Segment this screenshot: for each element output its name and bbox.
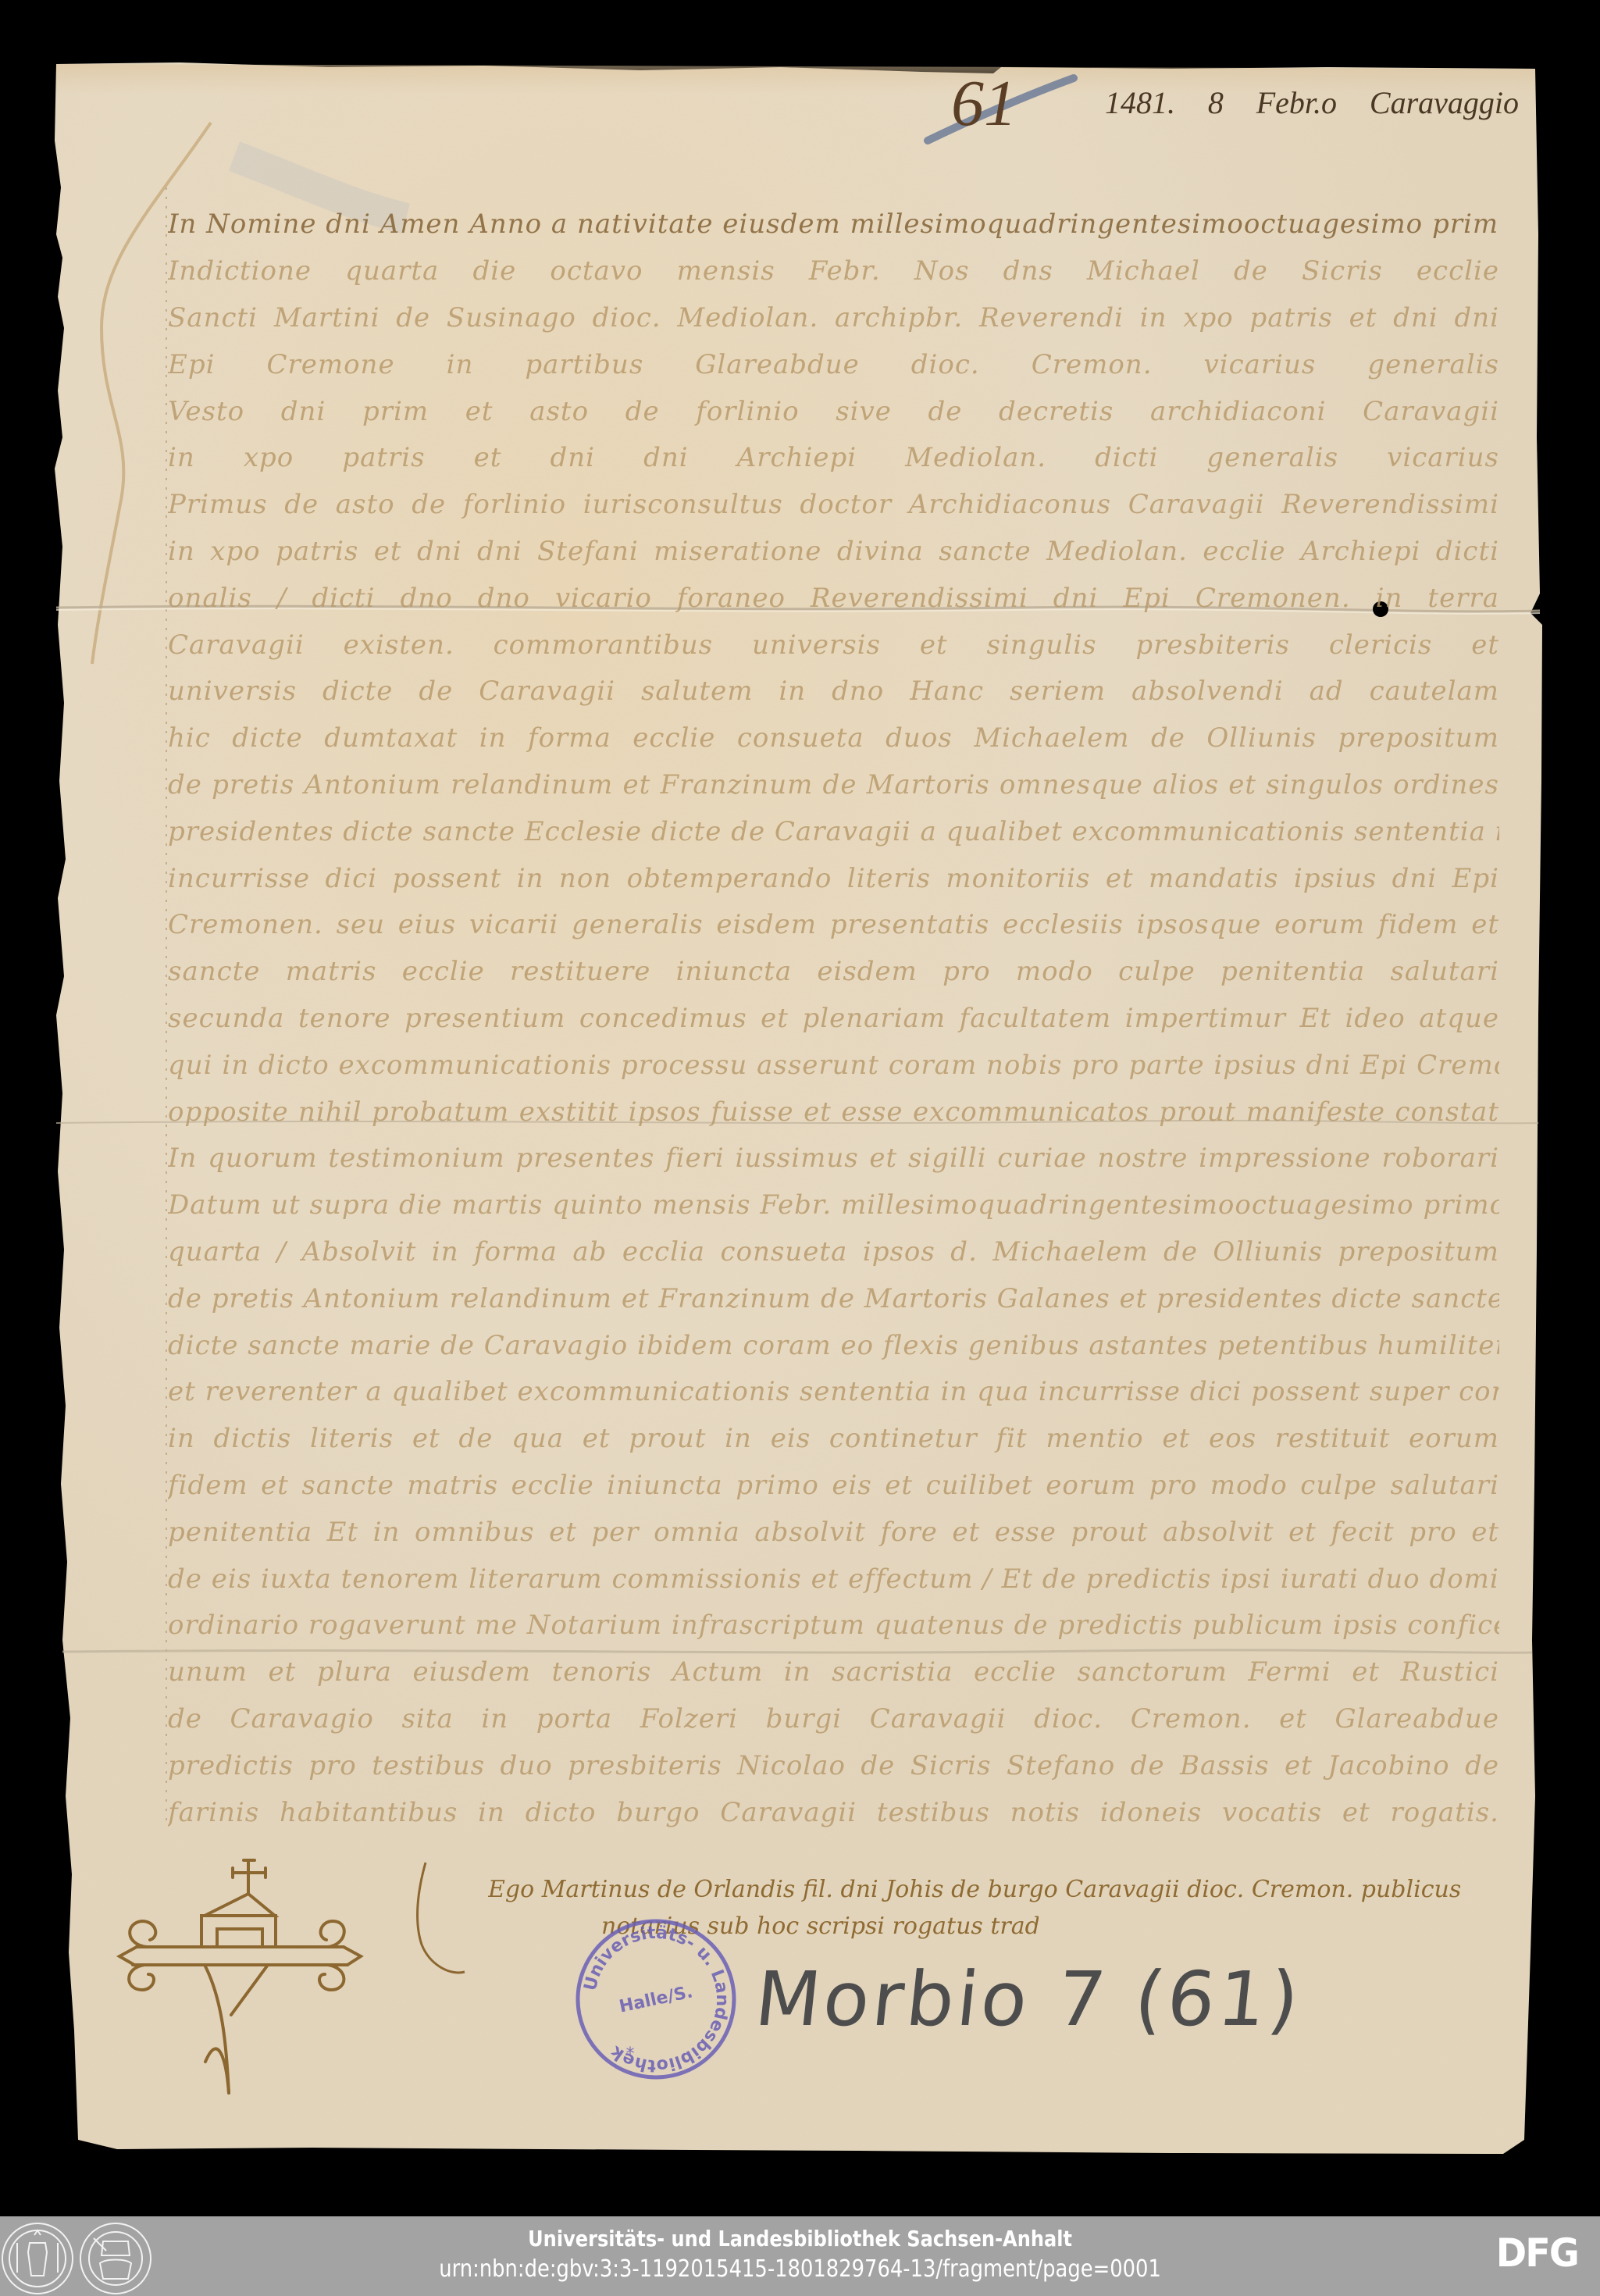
library-stamp-icon: Universitäts- u. Landesbibliothek Halle/… — [574, 1917, 738, 2081]
institution-name: Universitäts- und Landesbibliothek Sachs… — [112, 2226, 1488, 2252]
text-line: unum et plura eiusdem tenoris Actum in s… — [168, 1652, 1499, 1692]
text-line: ordinario rogaverunt me Notarium infrasc… — [168, 1606, 1499, 1645]
text-line: Primus de asto de forlinio iurisconsultu… — [168, 485, 1499, 524]
urn-link[interactable]: urn:nbn:de:gbv:3:3-1192015415-1801829764… — [112, 2255, 1488, 2284]
text-line: farinis habitantibus in dicto burgo Cara… — [168, 1793, 1499, 1832]
text-line: fidem et sancte matris ecclie iniuncta p… — [168, 1466, 1499, 1505]
text-line: sancte matris ecclie restituere iniuncta… — [168, 952, 1499, 991]
svg-text:*: * — [626, 2045, 635, 2064]
text-line: presidentes dicte sancte Ecclesie dicte … — [168, 812, 1499, 851]
text-line: Epi Cremone in partibus Glareabdue dioc.… — [168, 345, 1499, 384]
text-line: de Caravagio sita in porta Folzeri burgi… — [168, 1699, 1499, 1738]
text-line: predictis pro testibus duo presbiteris N… — [168, 1746, 1499, 1785]
shelfmark-label: Morbio 7 (61) — [751, 1952, 1306, 2046]
text-line: hic dicte dumtaxat in forma ecclie consu… — [168, 718, 1499, 758]
text-line: Sancti Martini de Susinago dioc. Mediola… — [168, 298, 1499, 337]
text-line: onalis / dicti dno dno vicario foraneo R… — [168, 579, 1499, 618]
dfg-logo: DFG — [1496, 2234, 1578, 2273]
text-line: Indictione quarta die octavo mensis Febr… — [168, 251, 1499, 291]
text-line: Datum ut supra die martis quinto mensis … — [168, 1185, 1499, 1225]
subscription-line: Ego Martinus de Orlandis fil. dni Johis … — [488, 1873, 1460, 1907]
text-line: dicte sancte marie de Caravagio ibidem c… — [168, 1326, 1499, 1365]
text-line: quarta / Absolvit in forma ab ecclia con… — [168, 1232, 1499, 1271]
text-line: de pretis Antonium relandinum et Franzin… — [168, 765, 1499, 804]
text-line: In quorum testimonium presentes fieri iu… — [168, 1139, 1499, 1178]
old-folio-number: 61 — [951, 69, 1017, 139]
text-line: qui in dicto excommunicationis processu … — [168, 1046, 1499, 1085]
footer-bar: Universitäts- und Landesbibliothek Sachs… — [0, 2216, 1600, 2296]
text-line: in xpo patris et dni dni Stefani miserat… — [168, 532, 1499, 571]
text-line: Cremonen. seu eius vicarii generalis eis… — [168, 905, 1499, 944]
text-line: universis dicte de Caravagii salutem in … — [168, 672, 1499, 711]
text-line: secunda tenore presentium concedimus et … — [168, 999, 1499, 1038]
text-line: in xpo patris et dni dni Archiepi Mediol… — [168, 438, 1499, 477]
text-line: in dictis literis et de qua et prout in … — [168, 1419, 1499, 1458]
text-line: incurrisse dici possent in non obtempera… — [168, 859, 1499, 898]
text-line: opposite nihil probatum exstitit ipsos f… — [168, 1093, 1499, 1132]
text-line: de eis iuxta tenorem literarum commissio… — [168, 1560, 1499, 1599]
text-line: Vesto dni prim et asto de forlinio sive … — [168, 392, 1499, 431]
text-line: de pretis Antonium relandinum et Franzin… — [168, 1279, 1499, 1318]
archive-date-note: 1481. 8 Febr.o Caravaggio — [1105, 84, 1519, 121]
text-line: Caravagii existen. commorantibus univers… — [168, 626, 1499, 665]
university-seal-icon — [2, 2223, 73, 2294]
text-line: et reverenter a qualibet excommunication… — [168, 1372, 1499, 1411]
text-line: In Nomine dni Amen Anno a nativitate eiu… — [168, 205, 1499, 244]
document-viewer: 61 1481. 8 Febr.o Caravaggio In Nomine d… — [0, 0, 1600, 2216]
text-line: penitentia Et in omnibus et per omnia ab… — [168, 1513, 1499, 1552]
svg-text:Halle/S.: Halle/S. — [618, 1982, 695, 2016]
